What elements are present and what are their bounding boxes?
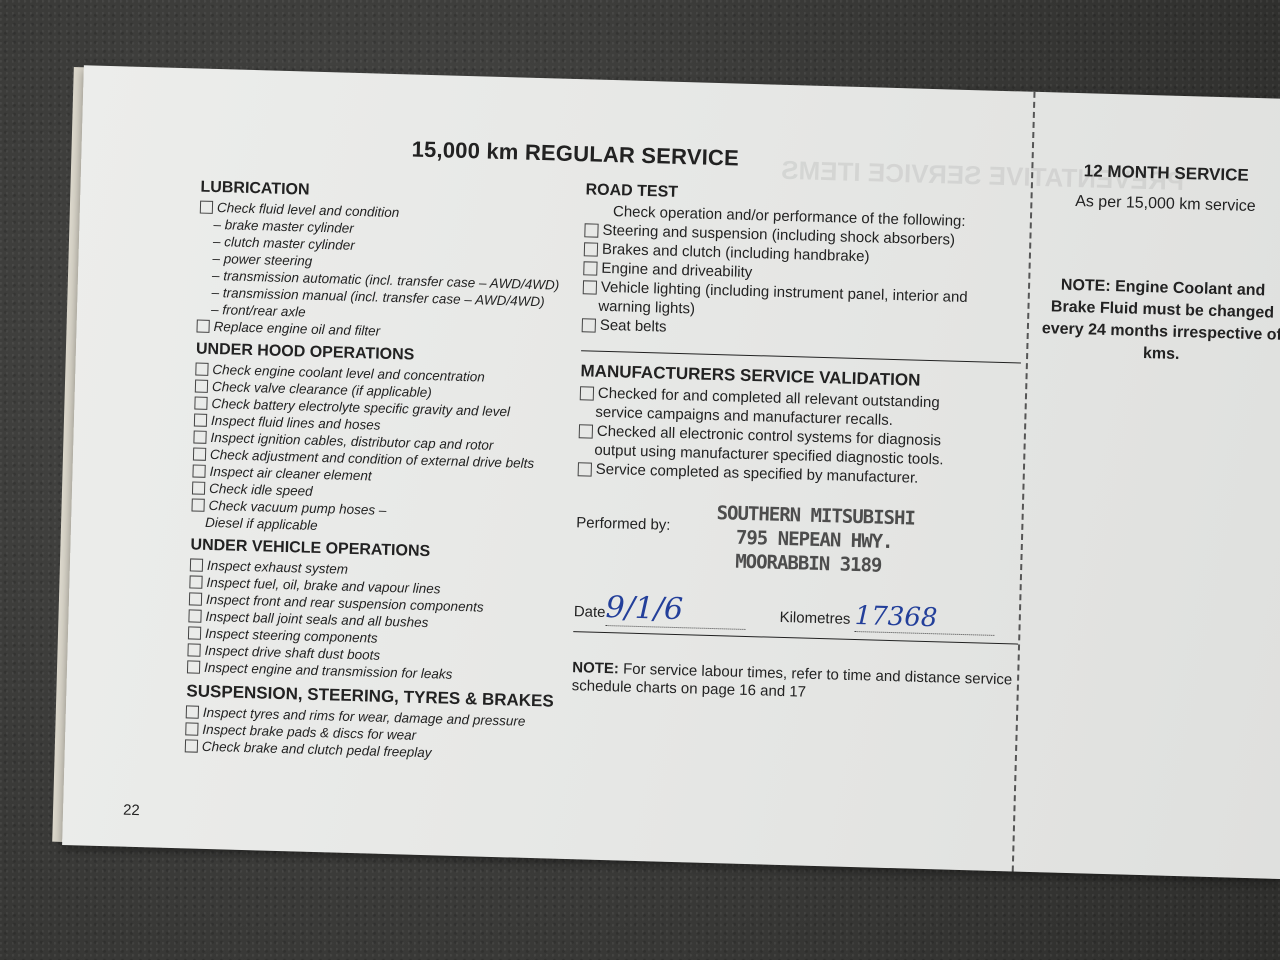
checkbox-icon[interactable] xyxy=(578,462,592,476)
checkbox-icon[interactable] xyxy=(192,464,205,477)
date-km-row: Date9/1/6 Kilometres 17368 xyxy=(573,589,1019,644)
dealer-stamp: SOUTHERN MITSUBISHI 795 NEPEAN HWY. MOOR… xyxy=(715,501,915,579)
service-page: PREVENTATIVE SERVICE ITEMS 15,000 km REG… xyxy=(62,65,1280,879)
checkbox-icon[interactable] xyxy=(188,609,201,622)
km-field[interactable]: 17368 xyxy=(854,601,995,636)
checkbox-icon[interactable] xyxy=(189,592,202,605)
checkbox-icon[interactable] xyxy=(584,242,598,256)
checkbox-icon[interactable] xyxy=(584,223,598,237)
checkbox-icon[interactable] xyxy=(193,430,206,443)
lubrication-section: LUBRICATION Check fluid level and condit… xyxy=(196,179,580,346)
labour-note: NOTE: For service labour times, refer to… xyxy=(571,659,1022,708)
checkbox-icon[interactable] xyxy=(190,558,203,571)
checkbox-icon[interactable] xyxy=(194,396,207,409)
checkbox-icon[interactable] xyxy=(196,320,209,333)
checkbox-icon[interactable] xyxy=(193,447,206,460)
checkbox-icon[interactable] xyxy=(187,660,200,673)
divider xyxy=(581,350,1021,363)
checkbox-icon[interactable] xyxy=(186,705,199,718)
checkbox-icon[interactable] xyxy=(583,280,597,294)
date-value: 9/1/6 xyxy=(605,590,683,627)
checkbox-icon[interactable] xyxy=(580,386,594,400)
checkbox-icon[interactable] xyxy=(194,413,207,426)
date-field[interactable]: 9/1/6 xyxy=(605,590,746,630)
checkbox-icon[interactable] xyxy=(185,722,198,735)
checkbox-icon[interactable] xyxy=(582,318,596,332)
performed-by-label: Performed by: xyxy=(576,514,671,534)
checklist-item-label: Replace engine oil and filter xyxy=(213,318,380,340)
checkbox-icon[interactable] xyxy=(191,498,204,511)
checkbox-icon[interactable] xyxy=(192,481,205,494)
note-text: For service labour times, refer to time … xyxy=(572,660,1013,700)
page-title: 15,000 km REGULAR SERVICE xyxy=(411,136,739,171)
service-booklet: PREVENTATIVE SERVICE ITEMS 15,000 km REG… xyxy=(50,25,1280,949)
twelve-month-panel: 12 MONTH SERVICE As per 15,000 km servic… xyxy=(1036,160,1280,369)
checkbox-icon[interactable] xyxy=(200,201,213,214)
under-vehicle-section: UNDER VEHICLE OPERATIONS Inspect exhaust… xyxy=(187,536,571,686)
note-label: NOTE: xyxy=(572,659,619,677)
middle-column: ROAD TEST Check operation and/or perform… xyxy=(578,181,1026,490)
coolant-note: NOTE: Engine Coolant and Brake Fluid mus… xyxy=(1036,274,1280,369)
page-number: 22 xyxy=(123,802,140,819)
checklist-item-label: Diesel if applicable xyxy=(205,514,318,534)
km-value: 17368 xyxy=(854,601,938,633)
under-hood-section: UNDER HOOD OPERATIONS Check engine coola… xyxy=(191,341,576,542)
checkbox-icon[interactable] xyxy=(195,379,208,392)
checkbox-icon[interactable] xyxy=(187,643,200,656)
km-label: Kilometres xyxy=(779,609,850,628)
checkbox-icon[interactable] xyxy=(185,739,198,752)
left-column: LUBRICATION Check fluid level and condit… xyxy=(185,179,581,771)
checkbox-icon[interactable] xyxy=(188,626,201,639)
twelve-month-title: 12 MONTH SERVICE xyxy=(1041,160,1280,187)
checkbox-icon[interactable] xyxy=(189,575,202,588)
checkbox-icon[interactable] xyxy=(583,261,597,275)
checkbox-icon[interactable] xyxy=(579,424,593,438)
checklist-item-label: Seat belts xyxy=(600,316,667,337)
date-label: Date xyxy=(574,603,606,621)
twelve-month-subtitle: As per 15,000 km service xyxy=(1040,192,1280,217)
suspension-section: SUSPENSION, STEERING, TYRES & BRAKES Ins… xyxy=(185,681,567,765)
checkbox-icon[interactable] xyxy=(195,362,208,375)
